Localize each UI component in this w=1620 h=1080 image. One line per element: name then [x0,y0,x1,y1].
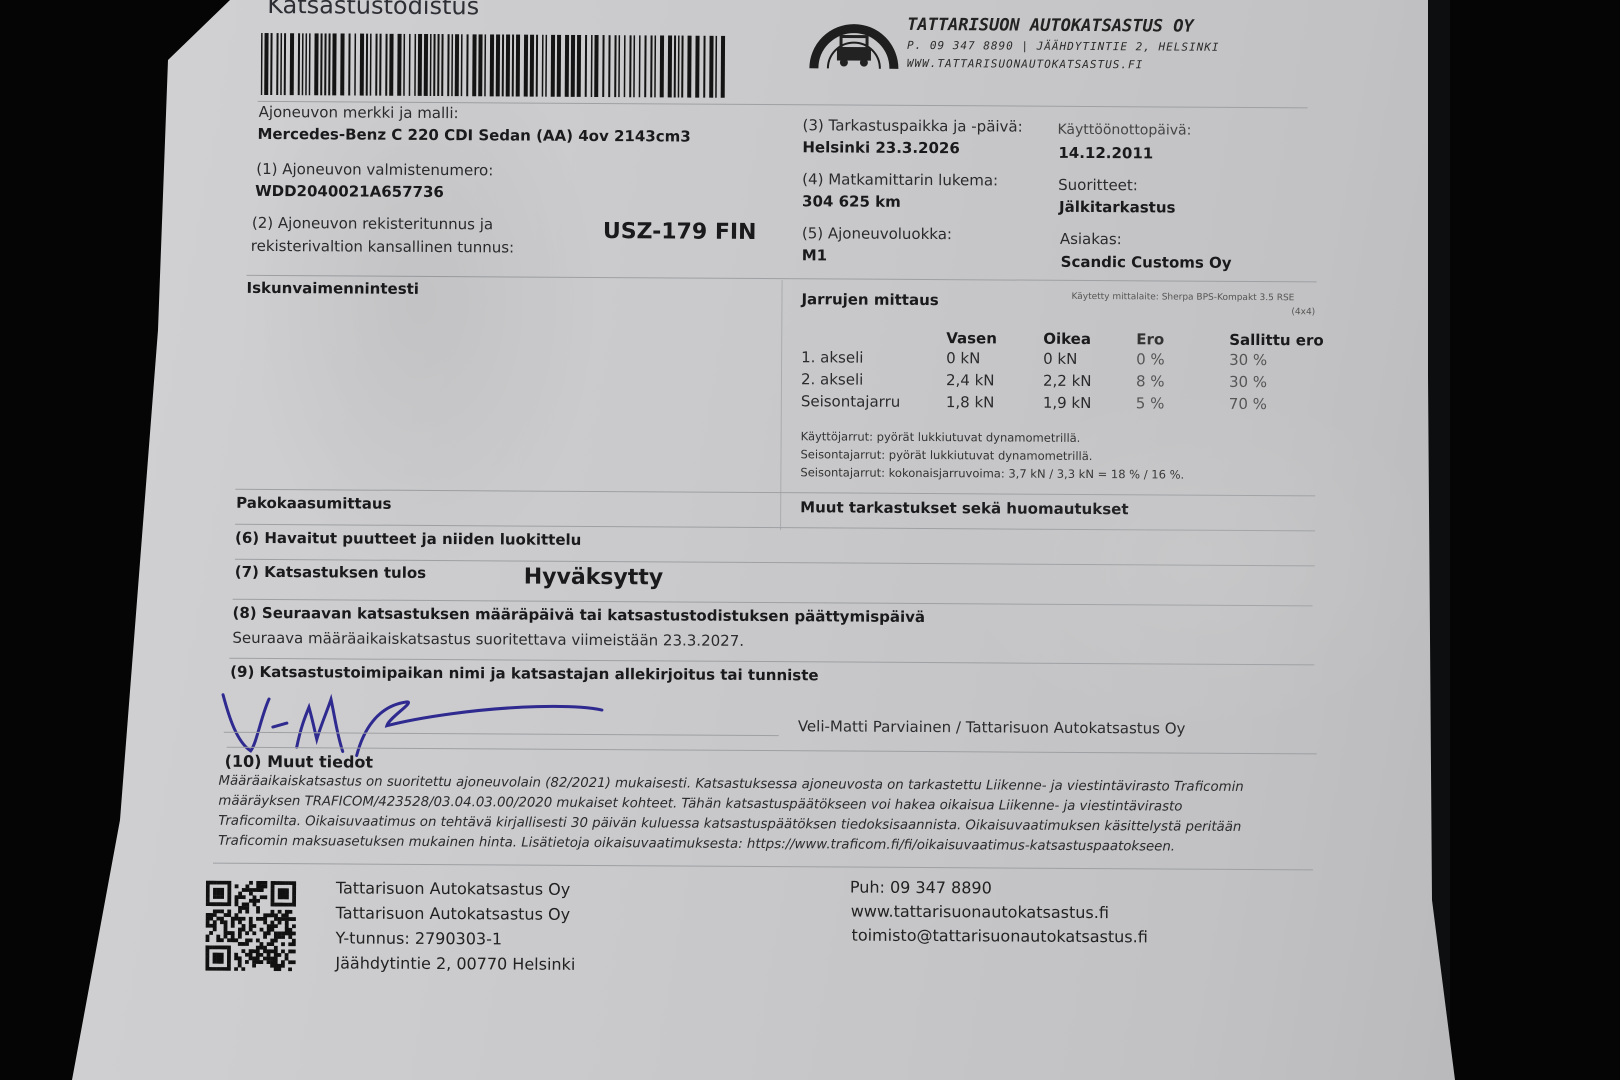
vin-value: WDD2040021A657736 [255,182,444,201]
next-inspection-text: Seuraava määräaikaiskatsastus suoritetta… [232,629,744,650]
brake-cell: 2. akseli [801,368,946,391]
issuer-website: WWW.TATTARISUONAUTOKATSASTUS.FI [907,57,1143,71]
defects-heading: (6) Havaitut puutteet ja niiden luokitte… [235,529,581,549]
result-value: Hyväksytty [524,565,664,591]
brake-column-header [801,328,946,347]
divider [213,863,1313,871]
brake-note: Käyttöjarrut: pyörät lukkiutuvat dynamom… [801,427,1185,447]
brake-cell: 30 % [1229,371,1329,394]
brake-note: Seisontajarrut: kokonaisjarruvoima: 3,7 … [800,463,1184,483]
brake-row: 1. akseli0 kN0 kN0 %30 % [801,346,1329,371]
signature-heading: (9) Katsastustoimipaikan nimi ja katsast… [230,663,819,685]
issuer-name: TATTARISUON AUTOKATSASTUS OY [907,15,1194,37]
footer-phone: Puh: 09 347 8890 [850,875,992,901]
performed-label: Suoritteet: [1058,176,1138,194]
footer-company-line: Jäähdytintie 2, 00770 Helsinki [335,950,575,976]
footer-website[interactable]: www.tattarisuonautokatsastus.fi [851,899,1109,926]
brake-column-header: Sallittu ero [1229,331,1329,350]
brake-device-line2: (4x4) [1291,307,1315,317]
footer-company-line: Y-tunnus: 2790303-1 [335,925,575,951]
brake-cell: Seisontajarru [801,390,946,413]
noise-test-heading: Iskunvaimennintesti [246,279,419,298]
brake-measurements-table: VasenOikeaEroSallittu ero 1. akseli0 kN0… [801,328,1330,415]
qr-code-icon [205,881,300,972]
brake-note: Seisontajarrut: pyörät lukkiutuvat dynam… [800,445,1184,465]
other-info-text: Määräaikaiskatsastus on suoritettu ajone… [218,772,1244,858]
make-model-label: Ajoneuvon merkki ja malli: [259,103,459,122]
registration-label-line2: rekisterivaltion kansallinen tunnus: [251,237,514,257]
footer-company-line: Tattarisuon Autokatsastus Oy [336,875,576,901]
odometer-value: 304 625 km [802,192,901,211]
brake-cell: 0 kN [1043,348,1136,371]
vehicle-class-label: (5) Ajoneuvoluokka: [802,224,952,243]
barcode-icon [261,33,731,100]
brake-cell: 2,4 kN [946,369,1043,392]
brake-cell: 5 % [1136,392,1229,415]
brake-cell: 30 % [1229,349,1329,372]
issuer-contact: P. 09 347 8890 | JÄÄHDYTINTIE 2, HELSINK… [907,39,1220,54]
vin-label: (1) Ajoneuvon valmistenumero: [256,160,493,179]
brake-column-header: Ero [1136,330,1229,349]
next-inspection-heading: (8) Seuraavan katsastuksen määräpäivä ta… [232,604,925,626]
registration-label-line1: (2) Ajoneuvon rekisteritunnus ja [252,214,493,233]
brakes-heading: Jarrujen mittaus [801,290,938,309]
commissioning-value: 14.12.2011 [1058,144,1153,163]
result-heading: (7) Katsastuksen tulos [235,563,426,582]
brake-cell: 1,8 kN [946,391,1043,414]
brake-column-header: Oikea [1043,330,1136,349]
brake-cell: 2,2 kN [1043,370,1136,393]
brake-cell: 0 % [1136,348,1229,371]
registration-value: USZ-179 FIN [603,219,757,245]
document-title: Katsastustodistus [267,0,479,20]
make-model-value: Mercedes-Benz C 220 CDI Sedan (AA) 4ov 2… [257,125,690,146]
divider [235,489,1315,497]
other-info-heading: (10) Muut tiedot [225,752,374,772]
footer-company: Tattarisuon Autokatsastus OyTattarisuon … [335,875,575,976]
brake-cell: 8 % [1136,370,1229,393]
footer-company-line: Tattarisuon Autokatsastus Oy [336,900,576,926]
brake-row: 2. akseli2,4 kN2,2 kN8 %30 % [801,368,1329,393]
brake-notes: Käyttöjarrut: pyörät lukkiutuvat dynamom… [800,427,1184,483]
odometer-label: (4) Matkamittarin lukema: [802,170,998,189]
brake-cell: 1,9 kN [1043,392,1136,415]
exhaust-heading: Pakokaasumittaus [236,494,391,513]
brake-cell: 1. akseli [801,346,946,369]
other-checks-heading: Muut tarkastukset sekä huomautukset [800,498,1128,518]
tyre-with-car-icon [808,6,900,71]
vehicle-class-value: M1 [802,246,827,264]
inspector-name: Veli-Matti Parviainen / Tattarisuon Auto… [798,717,1186,737]
performed-value: Jälkitarkastus [1059,198,1176,217]
customer-value: Scandic Customs Oy [1061,253,1232,272]
place-date-value: Helsinki 23.3.2026 [802,138,960,157]
place-date-label: (3) Tarkastuspaikka ja -päivä: [802,116,1022,135]
inspection-certificate: Katsastustodistus TATTARISUON AUTOKATSAS… [0,0,1620,1080]
brake-cell: 70 % [1229,393,1329,416]
brake-column-header: Vasen [946,329,1043,348]
brake-cell: 0 kN [946,347,1043,370]
customer-label: Asiakas: [1060,230,1122,248]
footer-email[interactable]: toimisto@tattarisuonautokatsastus.fi [852,923,1148,950]
brake-device-line1: Käytetty mittalaite: Sherpa BPS-Kompakt … [1071,292,1294,303]
commissioning-label: Käyttöönottopäivä: [1057,122,1191,139]
brake-row: Seisontajarru1,8 kN1,9 kN5 %70 % [801,390,1329,415]
